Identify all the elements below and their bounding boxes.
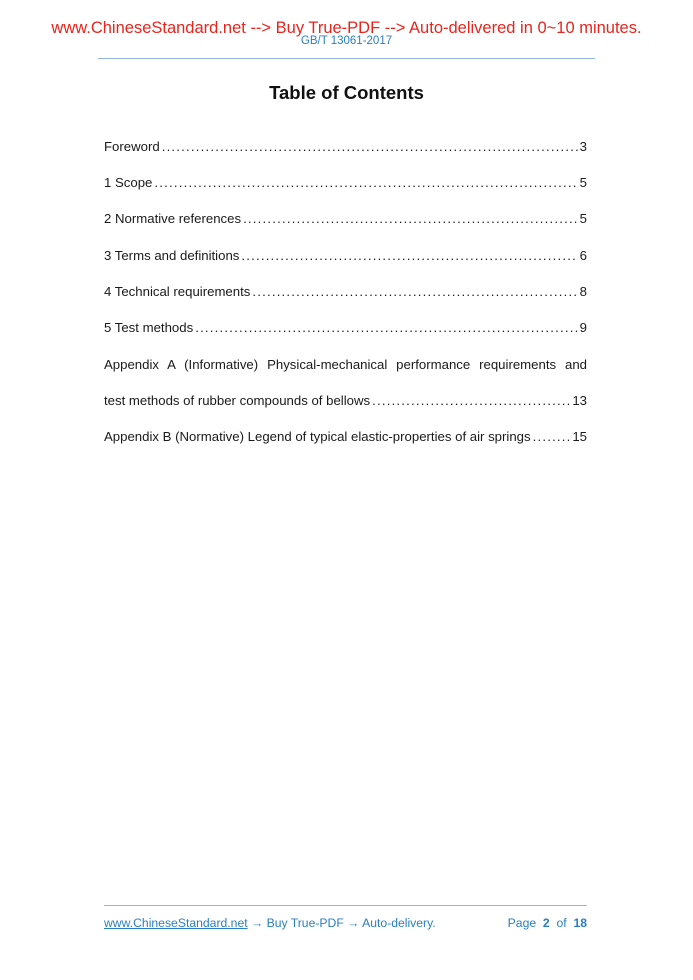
- toc-entry-label: 1 Scope: [104, 175, 152, 191]
- toc-entry-page: 15: [572, 429, 587, 445]
- toc-entry-page: 6: [580, 248, 587, 264]
- toc-entry-label: Foreword: [104, 139, 160, 155]
- footer-promo: www.ChineseStandard.net → Buy True-PDF →…: [104, 916, 436, 930]
- toc-entry-appendix-a-line1[interactable]: Appendix A (Informative) Physical-mechan…: [104, 357, 587, 373]
- dot-leader: [241, 248, 577, 264]
- current-page: 2: [543, 916, 550, 930]
- total-pages: 18: [573, 916, 587, 930]
- dot-leader: [372, 393, 570, 409]
- dot-leader: [243, 211, 578, 227]
- toc-entry-label: 2 Normative references: [104, 211, 241, 227]
- toc-entry-page: 5: [580, 175, 587, 191]
- standard-code: GB/T 13061-2017: [0, 35, 693, 48]
- footer-divider: [104, 905, 587, 906]
- toc-entry-label: 3 Terms and definitions: [104, 248, 239, 264]
- dot-leader: [252, 284, 577, 300]
- toc-entry-label-continued: test methods of rubber compounds of bell…: [104, 393, 370, 409]
- dot-leader: [533, 429, 571, 445]
- toc-entry-technical-requirements[interactable]: 4 Technical requirements 8: [104, 284, 587, 300]
- toc-entry-label: Appendix A (Informative) Physical-mechan…: [104, 357, 587, 373]
- page-title: Table of Contents: [0, 82, 693, 104]
- toc-entry-page: 13: [572, 393, 587, 409]
- page-indicator: Page 2 of 18: [508, 916, 587, 930]
- dot-leader: [154, 175, 577, 191]
- toc-entry-foreword[interactable]: Foreword 3: [104, 139, 587, 155]
- page-footer: www.ChineseStandard.net → Buy True-PDF →…: [104, 916, 587, 930]
- toc-entry-label: 5 Test methods: [104, 320, 193, 336]
- dot-leader: [162, 139, 578, 155]
- toc-entry-scope[interactable]: 1 Scope 5: [104, 175, 587, 191]
- toc-entry-normative-references[interactable]: 2 Normative references 5: [104, 211, 587, 227]
- toc-entry-label: 4 Technical requirements: [104, 284, 250, 300]
- toc-entry-test-methods[interactable]: 5 Test methods 9: [104, 320, 587, 336]
- header-divider: [98, 58, 595, 59]
- footer-tagline: → Buy True-PDF → Auto-delivery.: [248, 916, 436, 930]
- toc-entry-page: 3: [580, 139, 587, 155]
- site-link[interactable]: www.ChineseStandard.net: [104, 916, 248, 930]
- toc-entry-terms-definitions[interactable]: 3 Terms and definitions 6: [104, 248, 587, 264]
- toc-entry-appendix-a-line2[interactable]: test methods of rubber compounds of bell…: [104, 393, 587, 409]
- dot-leader: [195, 320, 577, 336]
- toc-entry-label: Appendix B (Normative) Legend of typical…: [104, 429, 531, 445]
- toc-entry-page: 9: [580, 320, 587, 336]
- toc-entry-page: 8: [580, 284, 587, 300]
- toc-entry-appendix-b[interactable]: Appendix B (Normative) Legend of typical…: [104, 429, 587, 445]
- toc-entry-page: 5: [580, 211, 587, 227]
